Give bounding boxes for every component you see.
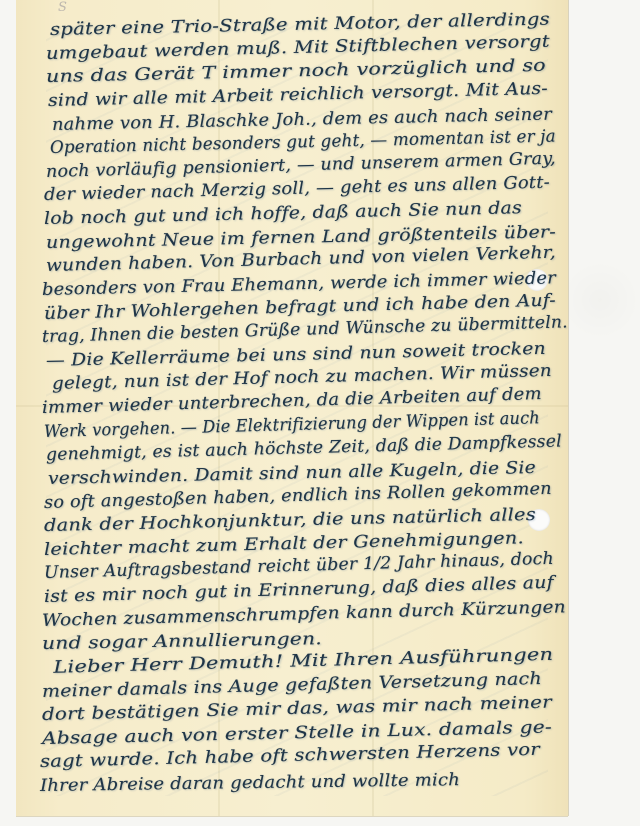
letter-page: S später eine Trio-Straße mit Motor, der… [16,0,568,816]
handwritten-line: und sogar Annullierungen. [42,629,322,654]
handwritten-text: später eine Trio-Straße mit Motor, der a… [16,0,568,816]
handwritten-line: Ihrer Abreise daran gedacht und wollte m… [40,770,460,796]
